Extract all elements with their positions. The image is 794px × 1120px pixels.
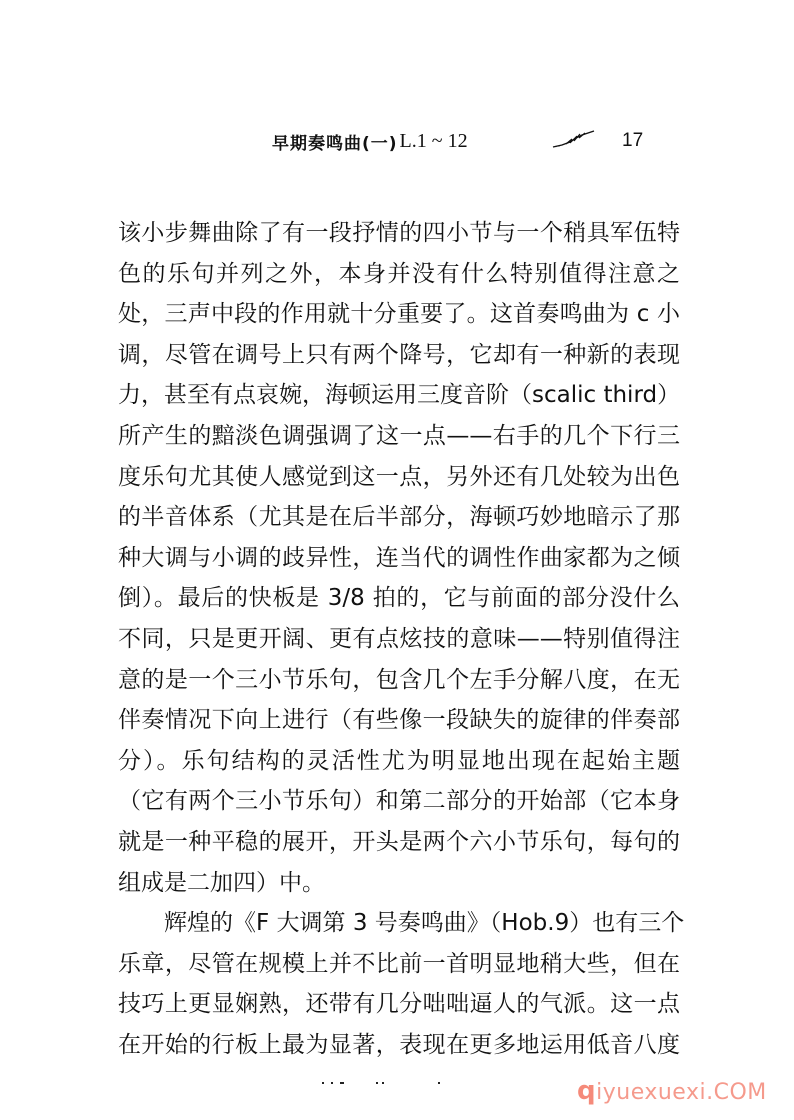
paragraph-start-line: 辉煌的《F 大调第 3 号奏鸣曲》（Hob.9）也有三个: [118, 903, 680, 944]
book-page: 早期奏鸣曲(一) L.1 ~ 12 17 该小步舞曲除了有一段抒情的四小节与一个…: [0, 0, 794, 1120]
text-line: 力，甚至有点哀婉，海顿运用三度音阶（scalic third）: [118, 375, 680, 416]
text-line: 色的乐句并列之外，本身并没有什么特别值得注意之: [118, 254, 680, 295]
text-line: 技巧上更显娴熟，还带有几分咄咄逼人的气派。这一点: [118, 984, 680, 1025]
text-line: 伴奏情况下向上进行（有些像一段缺失的旋律的伴奏部: [118, 700, 680, 741]
paragraph-end-line: 组成是二加四）中。: [118, 863, 680, 904]
watermark-logo-q: q: [577, 1076, 596, 1106]
text-line: 种大调与小调的歧异性，连当代的调性作曲家都为之倾: [118, 538, 680, 579]
text-line: 意的是一个三小节乐句，包含几个左手分解八度，在无: [118, 660, 680, 701]
text-line: 所产生的黯淡色调强调了这一点——右手的几个下行三: [118, 416, 680, 457]
site-watermark: qiyuexuexi.COM: [577, 1076, 767, 1106]
watermark-text: iyuexuexi.COM: [596, 1080, 767, 1105]
text-line: 度乐句尤其使人感觉到这一点，另外还有几处较为出色: [118, 457, 680, 498]
page-number: 17: [622, 130, 643, 152]
text-line: 不同，只是更开阔、更有点炫技的意味——特别值得注: [118, 619, 680, 660]
text-line: 的半音体系（尤其是在后半部分，海顿巧妙地暗示了那: [118, 497, 680, 538]
text-line: 处，三声中段的作用就十分重要了。这首奏鸣曲为 c 小: [118, 294, 680, 335]
text-line: （它有两个三小节乐句）和第二部分的开始部（它本身: [118, 781, 680, 822]
scan-artifact-dots: [322, 1082, 462, 1088]
flourish-ornament-icon: [552, 130, 596, 150]
body-text: 该小步舞曲除了有一段抒情的四小节与一个稍具军伍特 色的乐句并列之外，本身并没有什…: [118, 213, 680, 1065]
text-line: 调，尽管在调号上只有两个降号，它却有一种新的表现: [118, 335, 680, 376]
text-line: 分）。乐句结构的灵活性尤为明显地出现在起始主题: [118, 741, 680, 782]
text-line: 该小步舞曲除了有一段抒情的四小节与一个稍具军伍特: [118, 213, 680, 254]
text-line: 倒）。最后的快板是 3/8 拍的，它与前面的部分没什么: [118, 578, 680, 619]
text-line: 就是一种平稳的展开，开头是两个六小节乐句，每句的: [118, 822, 680, 863]
text-line: 乐章，尽管在规模上并不比前一首明显地稍大些，但在: [118, 944, 680, 985]
running-title-range: L.1 ~ 12: [400, 130, 468, 153]
running-head: 早期奏鸣曲(一) L.1 ~ 12: [272, 128, 468, 154]
text-line: 在开始的行板上最为显著，表现在更多地运用低音八度: [118, 1025, 680, 1066]
running-title: 早期奏鸣曲(一): [272, 129, 398, 154]
